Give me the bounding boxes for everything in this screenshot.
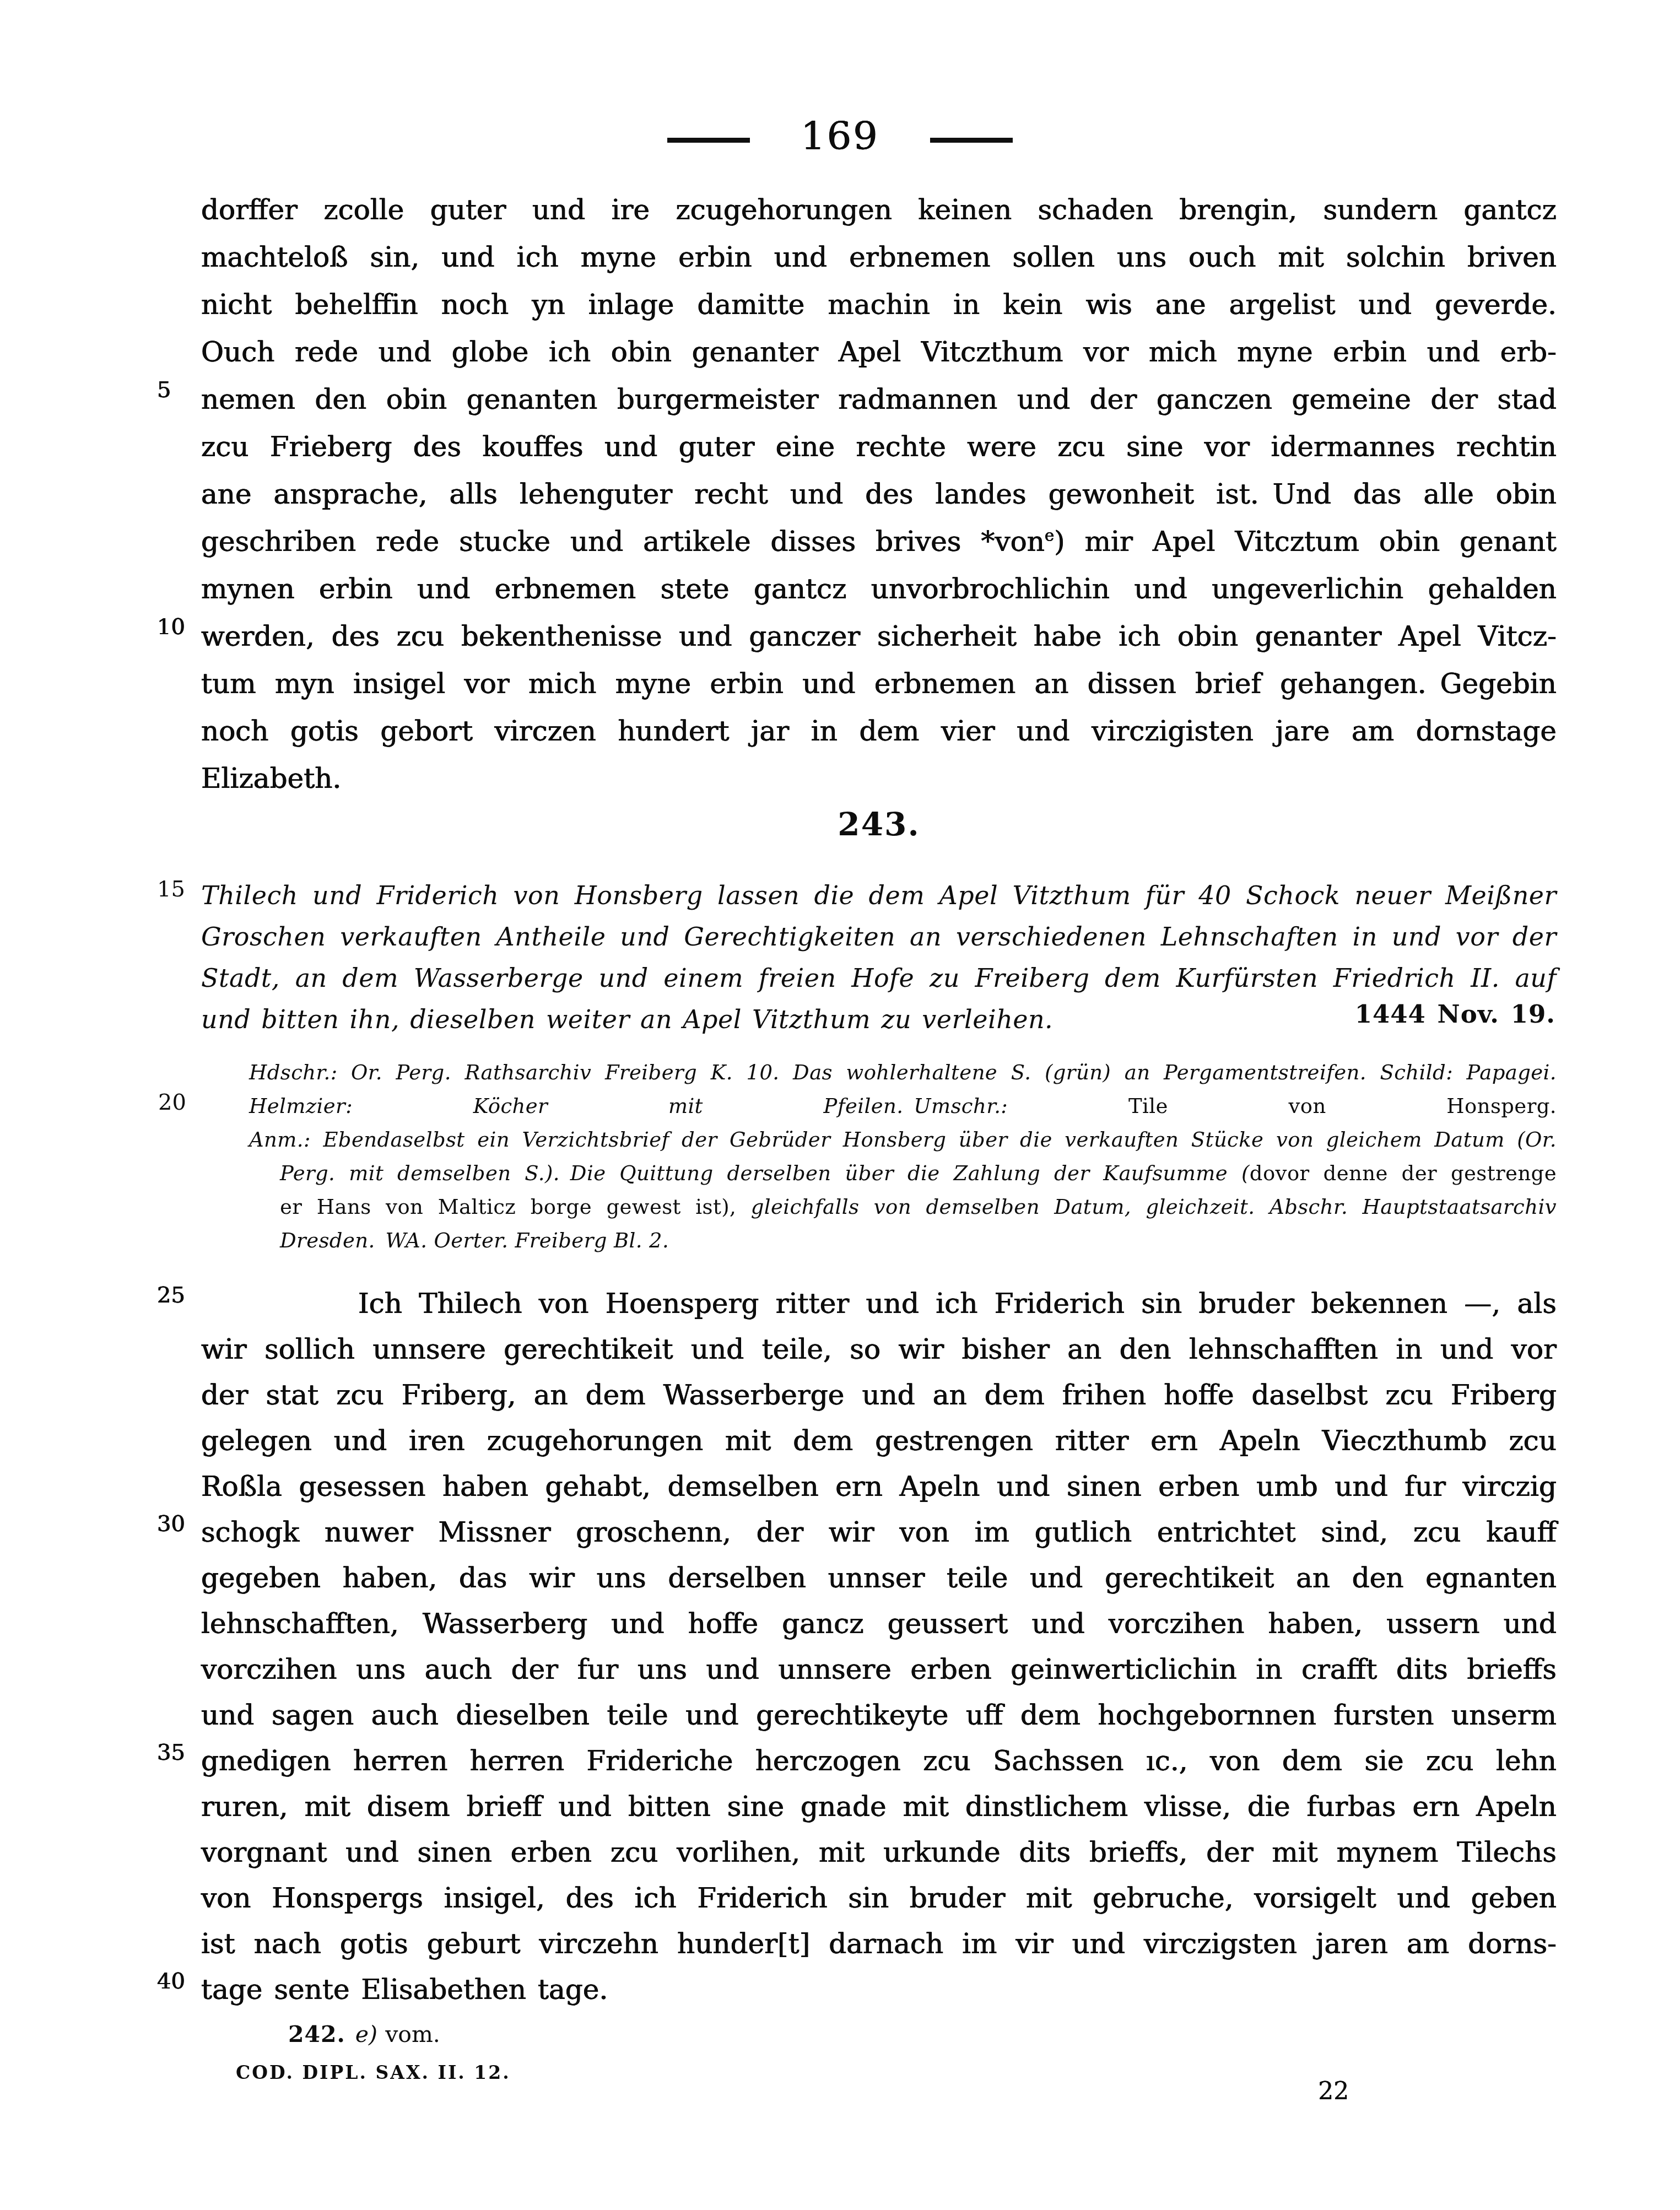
apparatus-note-line: Dresden. WA. Oerter. Freiberg Bl. 2. xyxy=(249,1224,1557,1257)
doc-243-line: gelegen und iren zcugehorungen mit dem g… xyxy=(201,1418,1557,1464)
doc-243-summary: 1444 Nov. 19. 15Thilech und Friderich vo… xyxy=(201,875,1557,1040)
apparatus-note-line: Perg. mit demselben S.). Die Quittung de… xyxy=(249,1157,1557,1190)
doc-242-line: mynen erbin und erbnemen stete gantcz un… xyxy=(201,565,1557,613)
summary-line: Stadt, an dem Wasserberge und einem frei… xyxy=(201,958,1557,999)
doc-243-line: Roßla gesessen haben gehabt, demselben e… xyxy=(201,1464,1557,1510)
footnote-doc-number: 242. xyxy=(288,2021,345,2047)
doc-243-line: vorczihen uns auch der fur uns und unnse… xyxy=(201,1647,1557,1693)
doc-242-line: Ouch rede und globe ich obin genanter Ap… xyxy=(201,328,1557,376)
doc-243-line: von Honspergs insigel, des ich Friderich… xyxy=(201,1876,1557,1921)
page-number: 169 xyxy=(801,117,879,155)
margin-line-number: 30 xyxy=(157,1513,185,1535)
series-imprint: COD. DIPL. SAX. II. 12. xyxy=(236,2062,511,2083)
footnote: 242.e)vom. xyxy=(288,2021,440,2047)
summary-line: und bitten ihn, dieselben weiter an Apel… xyxy=(201,999,1557,1040)
doc-242-line: zcu Frieberg des kouffes und guter eine … xyxy=(201,423,1557,471)
doc-243-line: 40tage sente Elisabethen tage. xyxy=(201,1967,1557,2013)
summary-line: Groschen verkauften Antheile und Gerecht… xyxy=(201,916,1557,958)
margin-line-number: 25 xyxy=(157,1284,185,1306)
header-rule-left xyxy=(667,138,750,143)
margin-line-number: 35 xyxy=(157,1742,185,1764)
doc-243-line: 25Ich Thilech von Hoensperg ritter und i… xyxy=(201,1281,1557,1327)
doc-242-line: noch gotis gebort virczen hundert jar in… xyxy=(201,707,1557,755)
doc-243-line: ist nach gotis geburt virczehn hunder[t]… xyxy=(201,1921,1557,1967)
doc-243-line: lehnschafften, Wasserberg und hoffe ganc… xyxy=(201,1601,1557,1647)
apparatus-note-line: 20Helmzier: Köcher mit Pfeilen. Umschr.:… xyxy=(249,1089,1557,1123)
doc-243-line: wir sollich unnsere gerechtikeit und tei… xyxy=(201,1327,1557,1373)
doc-242-line: 5nemen den obin genanten burgermeister r… xyxy=(201,376,1557,423)
header-rule-right xyxy=(930,138,1013,143)
apparatus-note-line: er Hans von Malticz borge gewest ist), g… xyxy=(249,1190,1557,1224)
doc-242-line: ane ansprache, alls lehenguter recht und… xyxy=(201,471,1557,518)
doc-243-line: vorgnant und sinen erben zcu vorlihen, m… xyxy=(201,1830,1557,1876)
margin-line-number: 5 xyxy=(157,379,171,401)
running-head: 169 xyxy=(0,117,1680,155)
doc-242-line: geschriben rede stucke und artikele diss… xyxy=(201,518,1557,565)
doc-242-line: 10werden, des zcu bekenthenisse und ganc… xyxy=(201,613,1557,660)
doc-242-line: nicht behelffin noch yn inlage damitte m… xyxy=(201,281,1557,328)
margin-line-number: 10 xyxy=(157,616,185,638)
doc-242-line: dorffer zcolle guter und ire zcugehorung… xyxy=(201,186,1557,234)
footnote-mark: e) xyxy=(345,2021,385,2047)
doc-243-line: 35gnedigen herren herren Frideriche herc… xyxy=(201,1738,1557,1784)
doc-243-heading: 243. xyxy=(201,806,1557,843)
margin-line-number: 15 xyxy=(157,878,185,900)
doc-243-apparatus-notes: Hdschr.: Or. Perg. Rathsarchiv Freiberg … xyxy=(249,1056,1557,1257)
doc-243-text: 25Ich Thilech von Hoensperg ritter und i… xyxy=(201,1281,1557,2013)
doc-242-line: Elizabeth. xyxy=(201,755,1557,802)
margin-line-number: 40 xyxy=(157,1970,185,1992)
margin-line-number: 20 xyxy=(158,1092,186,1114)
summary-line: 15Thilech und Friderich von Honsberg las… xyxy=(201,875,1557,916)
sheet-signature: 22 xyxy=(1318,2077,1349,2105)
doc-243-line: gegeben haben, das wir uns derselben unn… xyxy=(201,1555,1557,1601)
doc-242-line: tum myn insigel vor mich myne erbin und … xyxy=(201,660,1557,707)
doc-242-line: machteloß sin, und ich myne erbin und er… xyxy=(201,234,1557,281)
apparatus-note-line: Hdschr.: Or. Perg. Rathsarchiv Freiberg … xyxy=(249,1056,1557,1089)
doc-243-line: der stat zcu Friberg, an dem Wasserberge… xyxy=(201,1373,1557,1418)
footnote-text: vom. xyxy=(385,2021,440,2047)
doc-242-text-end: dorffer zcolle guter und ire zcugehorung… xyxy=(201,186,1557,802)
doc-243-line: und sagen auch dieselben teile und gerec… xyxy=(201,1693,1557,1738)
apparatus-note-line: Anm.: Ebendaselbst ein Verzichtsbrief de… xyxy=(249,1123,1557,1157)
doc-243-line: ruren, mit disem brieff und bitten sine … xyxy=(201,1784,1557,1830)
book-page: 169 dorffer zcolle guter und ire zcugeho… xyxy=(0,0,1680,2210)
doc-243-line: 30schogk nuwer Missner groschenn, der wi… xyxy=(201,1510,1557,1555)
